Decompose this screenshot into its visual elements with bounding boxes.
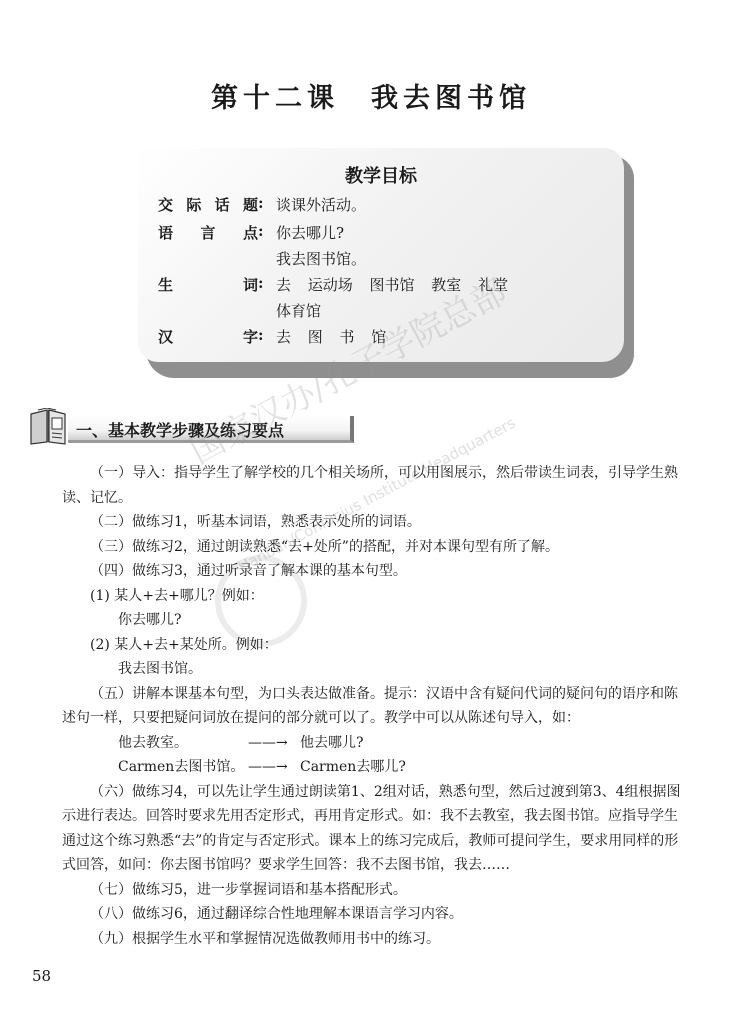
goal-value: 去 运动场 图书馆 教室 礼堂 — [276, 274, 508, 295]
goal-label: 生词 — [158, 274, 258, 295]
goal-label: 交际话题 — [158, 194, 258, 215]
goals-heading: 教学目标 — [138, 162, 624, 188]
teaching-steps: （一）导入：指导学生了解学校的几个相关场所，可以用图展示，然后带读生词表，引导学… — [62, 461, 682, 951]
step-6: （六）做练习4，可以先让学生通过朗读第1、2组对话，熟悉句型，然后过渡到第3、4… — [62, 780, 682, 878]
section-title: 一、基本教学步骤及练习要点 — [76, 418, 284, 441]
goal-value: 我去图书馆。 — [276, 248, 366, 269]
pattern-2-example: 我去图书馆。 — [62, 657, 682, 682]
step-4: （四）做练习3，通过听录音了解本课的基本句型。 — [62, 559, 682, 584]
arrow-right-icon: ——→ — [248, 755, 300, 780]
page-number: 58 — [32, 967, 51, 985]
transform-row: 他去教室。 ——→ 他去哪儿? — [62, 731, 682, 756]
goal-label: 语言点 — [158, 222, 258, 243]
goal-label: 汉字 — [158, 326, 258, 347]
step-2: （二）做练习1，听基本词语，熟悉表示处所的词语。 — [62, 510, 682, 535]
pattern-1-example: 你去哪儿? — [62, 608, 682, 633]
teaching-goals-box: 教学目标 交际话题 : 谈课外活动。 语言点 : 你去哪儿? 我去图书馆。 生词… — [138, 148, 624, 362]
step-9: （九）根据学生水平和掌握情况选做教师用书中的练习。 — [62, 927, 682, 952]
arrow-right-icon: ——→ — [248, 731, 300, 756]
goal-value: 谈课外活动。 — [276, 194, 366, 215]
lesson-title: 第十二课我去图书馆 — [0, 76, 742, 115]
pattern-1: (1) 某人+去+哪儿？例如： — [62, 584, 682, 609]
goal-value: 去 图 书 馆 — [276, 326, 386, 347]
lesson-name: 我去图书馆 — [371, 83, 531, 114]
step-8: （八）做练习6，通过翻译综合性地理解本课语言学习内容。 — [62, 902, 682, 927]
transform-row: Carmen去图书馆。 ——→ Carmen去哪儿? — [62, 755, 682, 780]
step-5: （五）讲解本课基本句型，为口头表达做准备。提示：汉语中含有疑问代词的疑问句的语序… — [62, 682, 682, 731]
open-book-icon — [28, 408, 68, 446]
goal-value: 你去哪儿? — [276, 222, 344, 243]
step-1: （一）导入：指导学生了解学校的几个相关场所，可以用图展示，然后带读生词表，引导学… — [62, 461, 682, 510]
goal-value: 体育馆 — [276, 300, 321, 321]
pattern-2: (2) 某人+去+某处所。例如： — [62, 633, 682, 658]
step-7: （七）做练习5，进一步掌握词语和基本搭配形式。 — [62, 878, 682, 903]
section-header: 一、基本教学步骤及练习要点 — [28, 408, 348, 448]
step-3: （三）做练习2，通过朗读熟悉“去+处所”的搭配，并对本课句型有所了解。 — [62, 535, 682, 560]
lesson-number: 第十二课 — [211, 83, 339, 114]
